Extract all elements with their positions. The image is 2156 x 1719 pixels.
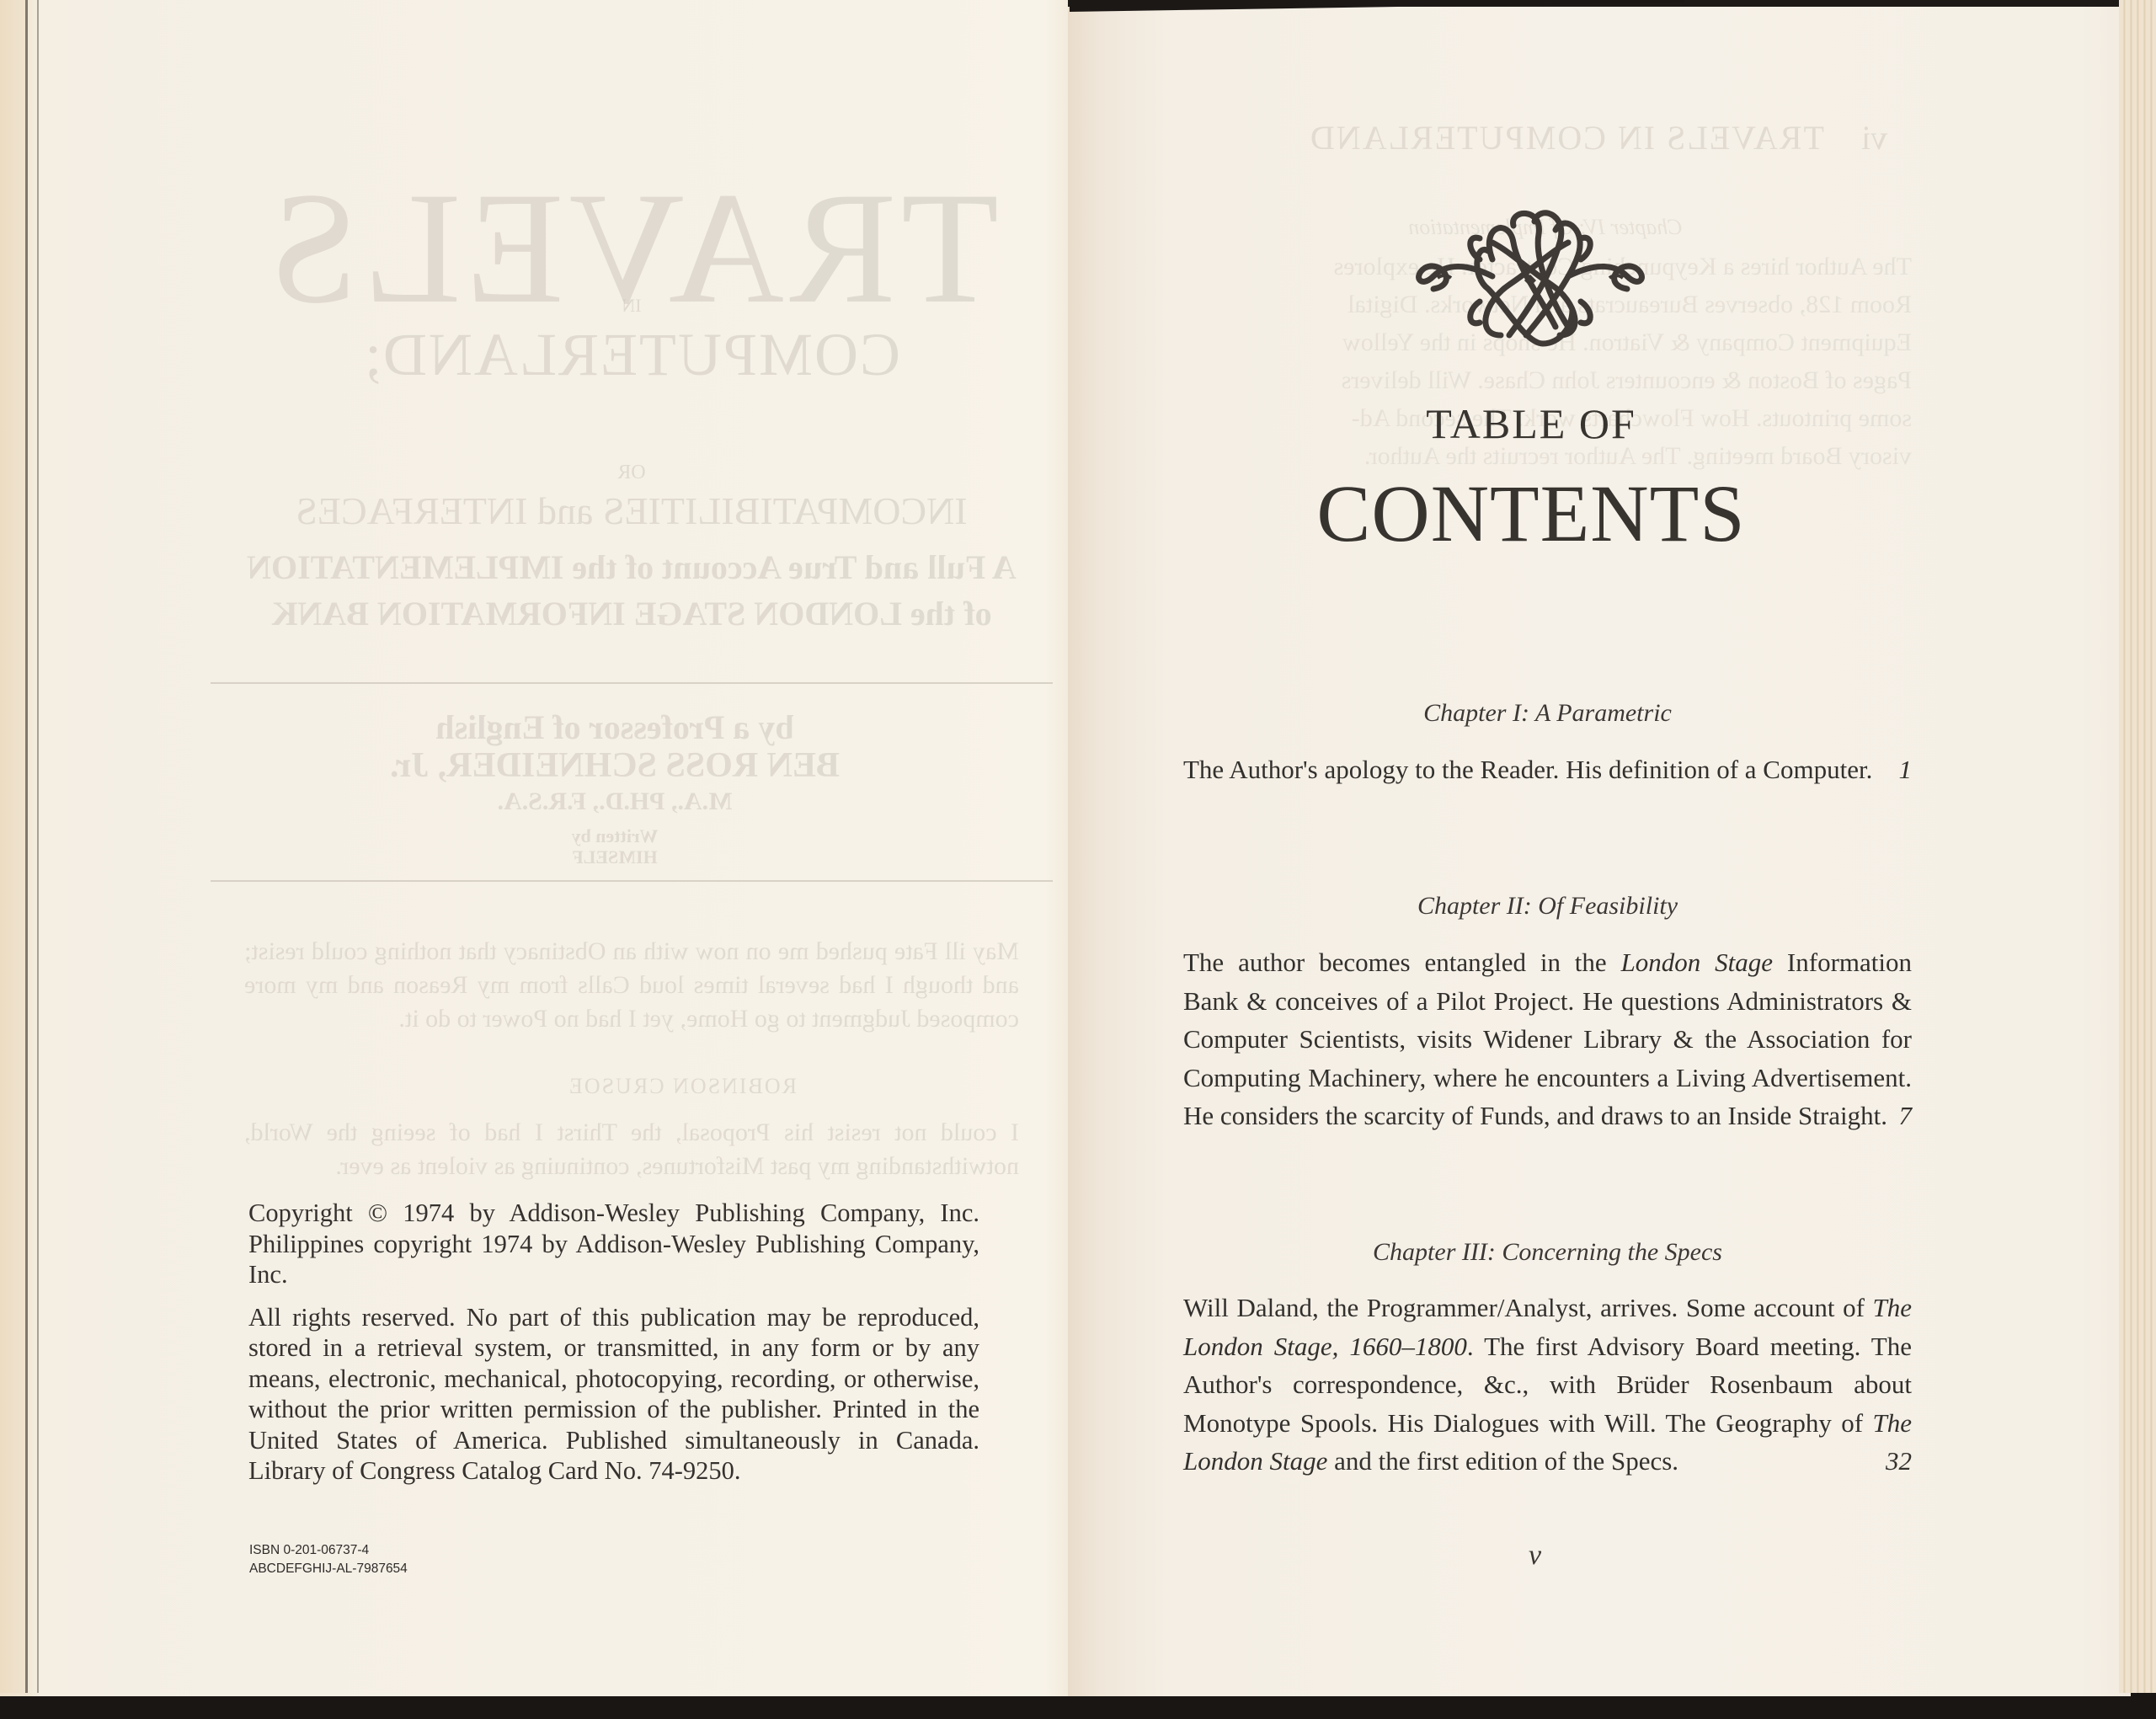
chapter-3-text: Will Daland, the Programmer/Analyst, arr… (1183, 1293, 1873, 1322)
show-through-full1: A Full and True Account of the IMPLEMENT… (211, 547, 1053, 587)
toc-title-big: CONTENTS (1278, 473, 1784, 554)
chapter-1-page: 1 (1899, 750, 1913, 789)
flourish-ornament-icon (1408, 209, 1652, 348)
chapter-1-heading: Chapter I: A Parametric (1183, 699, 1912, 728)
chapter-2-page: 7 (1899, 1097, 1913, 1135)
chapter-2-heading: Chapter II: Of Feasibility (1183, 892, 1912, 921)
show-through-running-head: TRAVELS IN COMPUTERLAND (1263, 118, 1870, 157)
chapter-1-summary: The Author's apology to the Reader. His … (1183, 750, 1912, 789)
chapter-3-heading: Chapter III: Concerning the Specs (1183, 1238, 1912, 1267)
show-through-para2: I could not resist his Proposal, the Thi… (244, 1116, 1019, 1183)
page-edge-line (25, 0, 28, 1693)
show-through-full2: of the LONDON STAGE INFORMATION BANK (211, 594, 1053, 633)
isbn-block: ISBN 0-201-06737-4 ABCDEFGHIJ-AL-7987654 (249, 1541, 408, 1578)
isbn: ISBN 0-201-06737-4 (249, 1541, 408, 1560)
chapter-3-text: and the first edition of the Specs. (1327, 1446, 1678, 1476)
copyright-notice: Copyright © 1974 by Addison-Wesley Publi… (248, 1198, 979, 1487)
chapter-3-page: 32 (1886, 1442, 1912, 1481)
copyright-paragraph: Copyright © 1974 by Addison-Wesley Publi… (248, 1198, 979, 1290)
show-through-incompat: INCOMPATIBILITIES and INTERFACES (227, 488, 1036, 533)
rights-paragraph: All rights reserved. No part of this pub… (248, 1302, 979, 1487)
show-through-rule (211, 682, 1053, 684)
print-code: ABCDEFGHIJ-AL-7987654 (249, 1560, 408, 1578)
book-spread: TRAVELS IN COMPUTERLAND; OR INCOMPATIBIL… (0, 0, 2156, 1719)
show-through-subtitle: COMPUTERLAND; (227, 320, 1036, 390)
page-edge (0, 0, 25, 1693)
show-through-rule (211, 880, 1053, 882)
show-through-degrees: M.A., PH.D., F.R.S.A. (320, 787, 910, 816)
show-through-prof: by a Professor of English (320, 707, 910, 747)
show-through-para1: May ill Fate pushed me on now with an Ob… (244, 935, 1019, 1036)
chapter-2-italic: London Stage (1621, 948, 1773, 977)
page-edge-line (37, 0, 39, 1693)
show-through-line: Pages of Boston & encounters John Chase.… (1179, 366, 1912, 395)
chapter-2-text: The author becomes entangled in the (1183, 948, 1621, 977)
show-through-in: IN (227, 295, 1036, 317)
page-stack-edge (2119, 0, 2156, 1693)
chapter-3-summary: Will Daland, the Programmer/Analyst, arr… (1183, 1289, 1912, 1481)
chapter-1-text: The Author's apology to the Reader. His … (1183, 755, 1872, 784)
show-through-written: Written by (320, 825, 910, 847)
show-through-himself: HIMSELF (320, 846, 910, 868)
show-through-page-num: vi (1861, 118, 1887, 157)
toc-title-small: TABLE OF (1321, 403, 1742, 445)
table-surface (0, 1693, 2156, 1719)
show-through-author: BEN ROSS SCHNEIDER, Jr. (320, 745, 910, 786)
show-through-attrib: ROBINSON CRUSOE (472, 1074, 893, 1099)
show-through-or: OR (227, 462, 1036, 484)
page-number: v (1529, 1540, 1541, 1572)
chapter-2-summary: The author becomes entangled in the Lond… (1183, 943, 1912, 1135)
